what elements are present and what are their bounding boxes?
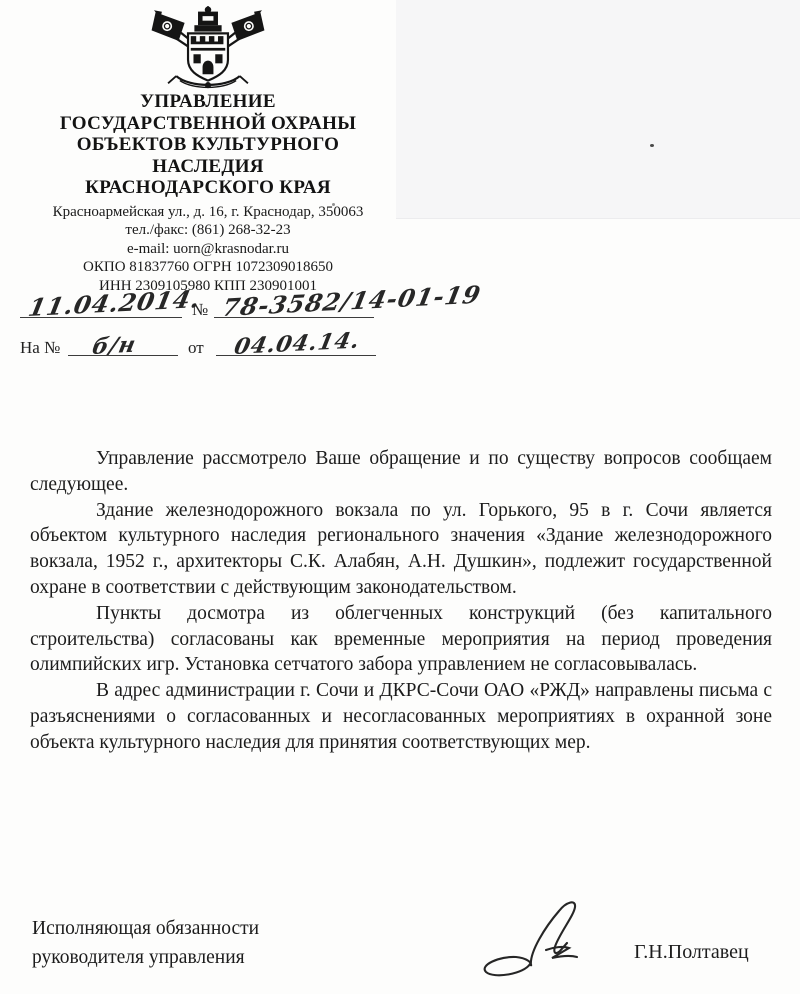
body-paragraph: Здание железнодорожного вокзала по ул. Г…	[30, 498, 772, 601]
letterhead: УПРАВЛЕНИЕ ГОСУДАРСТВЕННОЙ ОХРАНЫ ОБЪЕКТ…	[8, 4, 408, 295]
incoming-number-label: На №	[20, 338, 60, 358]
org-phone: тел./факс: (861) 268-32-23	[8, 221, 408, 240]
signer-name: Г.Н.Полтавец	[634, 941, 749, 964]
org-email: e-mail: uorn@krasnodar.ru	[8, 240, 408, 259]
body-paragraph: Пункты досмотра из облегченных конструкц…	[30, 601, 772, 678]
org-address: Красноармейская ул., д. 16, г. Краснодар…	[8, 203, 408, 222]
signer-position-line: Исполняющая обязанности	[32, 914, 259, 943]
scanned-letter-page: УПРАВЛЕНИЕ ГОСУДАРСТВЕННОЙ ОХРАНЫ ОБЪЕКТ…	[0, 0, 800, 994]
incoming-number-handwritten: б/н	[90, 332, 139, 360]
org-okpo-ogrn: ОКПО 81837760 ОГРН 1072309018650	[8, 258, 408, 277]
scan-background-area	[396, 0, 800, 219]
incoming-number-underline: б/н	[68, 325, 178, 356]
incoming-reference-line: На № б/н от 04.04.14.	[20, 322, 440, 360]
incoming-date-handwritten: 04.04.14.	[232, 328, 362, 360]
outgoing-reference-line: 11.04.2014. № 78-3582/14-01-19	[20, 284, 480, 322]
outgoing-date-handwritten: 11.04.2014.	[26, 284, 203, 322]
scan-speck	[650, 144, 654, 147]
signer-position-line: руководителя управления	[32, 943, 259, 972]
handwritten-signature-icon	[466, 886, 584, 982]
org-name: УПРАВЛЕНИЕ ГОСУДАРСТВЕННОЙ ОХРАНЫ ОБЪЕКТ…	[8, 91, 408, 199]
outgoing-date-underline: 11.04.2014.	[20, 287, 182, 318]
body-paragraph: Управление рассмотрело Ваше обращение и …	[30, 446, 772, 498]
org-name-line: НАСЛЕДИЯ	[8, 156, 408, 178]
incoming-date-underline: 04.04.14.	[216, 325, 376, 356]
from-label: от	[188, 338, 204, 358]
org-contacts: Красноармейская ул., д. 16, г. Краснодар…	[8, 203, 408, 296]
outgoing-number-underline: 78-3582/14-01-19	[214, 287, 374, 318]
org-name-line: ОБЪЕКТОВ КУЛЬТУРНОГО	[8, 134, 408, 156]
coat-of-arms-icon	[149, 4, 267, 90]
outgoing-number-handwritten: 78-3582/14-01-19	[220, 280, 484, 322]
signer-position: Исполняющая обязанности руководителя упр…	[32, 914, 259, 972]
org-name-line: УПРАВЛЕНИЕ	[8, 91, 408, 113]
body-paragraph: В адрес администрации г. Сочи и ДКРС-Соч…	[30, 678, 772, 755]
letter-body: Управление рассмотрело Ваше обращение и …	[30, 446, 772, 756]
org-name-line: КРАСНОДАРСКОГО КРАЯ	[8, 177, 408, 199]
org-name-line: ГОСУДАРСТВЕННОЙ ОХРАНЫ	[8, 113, 408, 135]
number-sign-label: №	[192, 300, 208, 320]
